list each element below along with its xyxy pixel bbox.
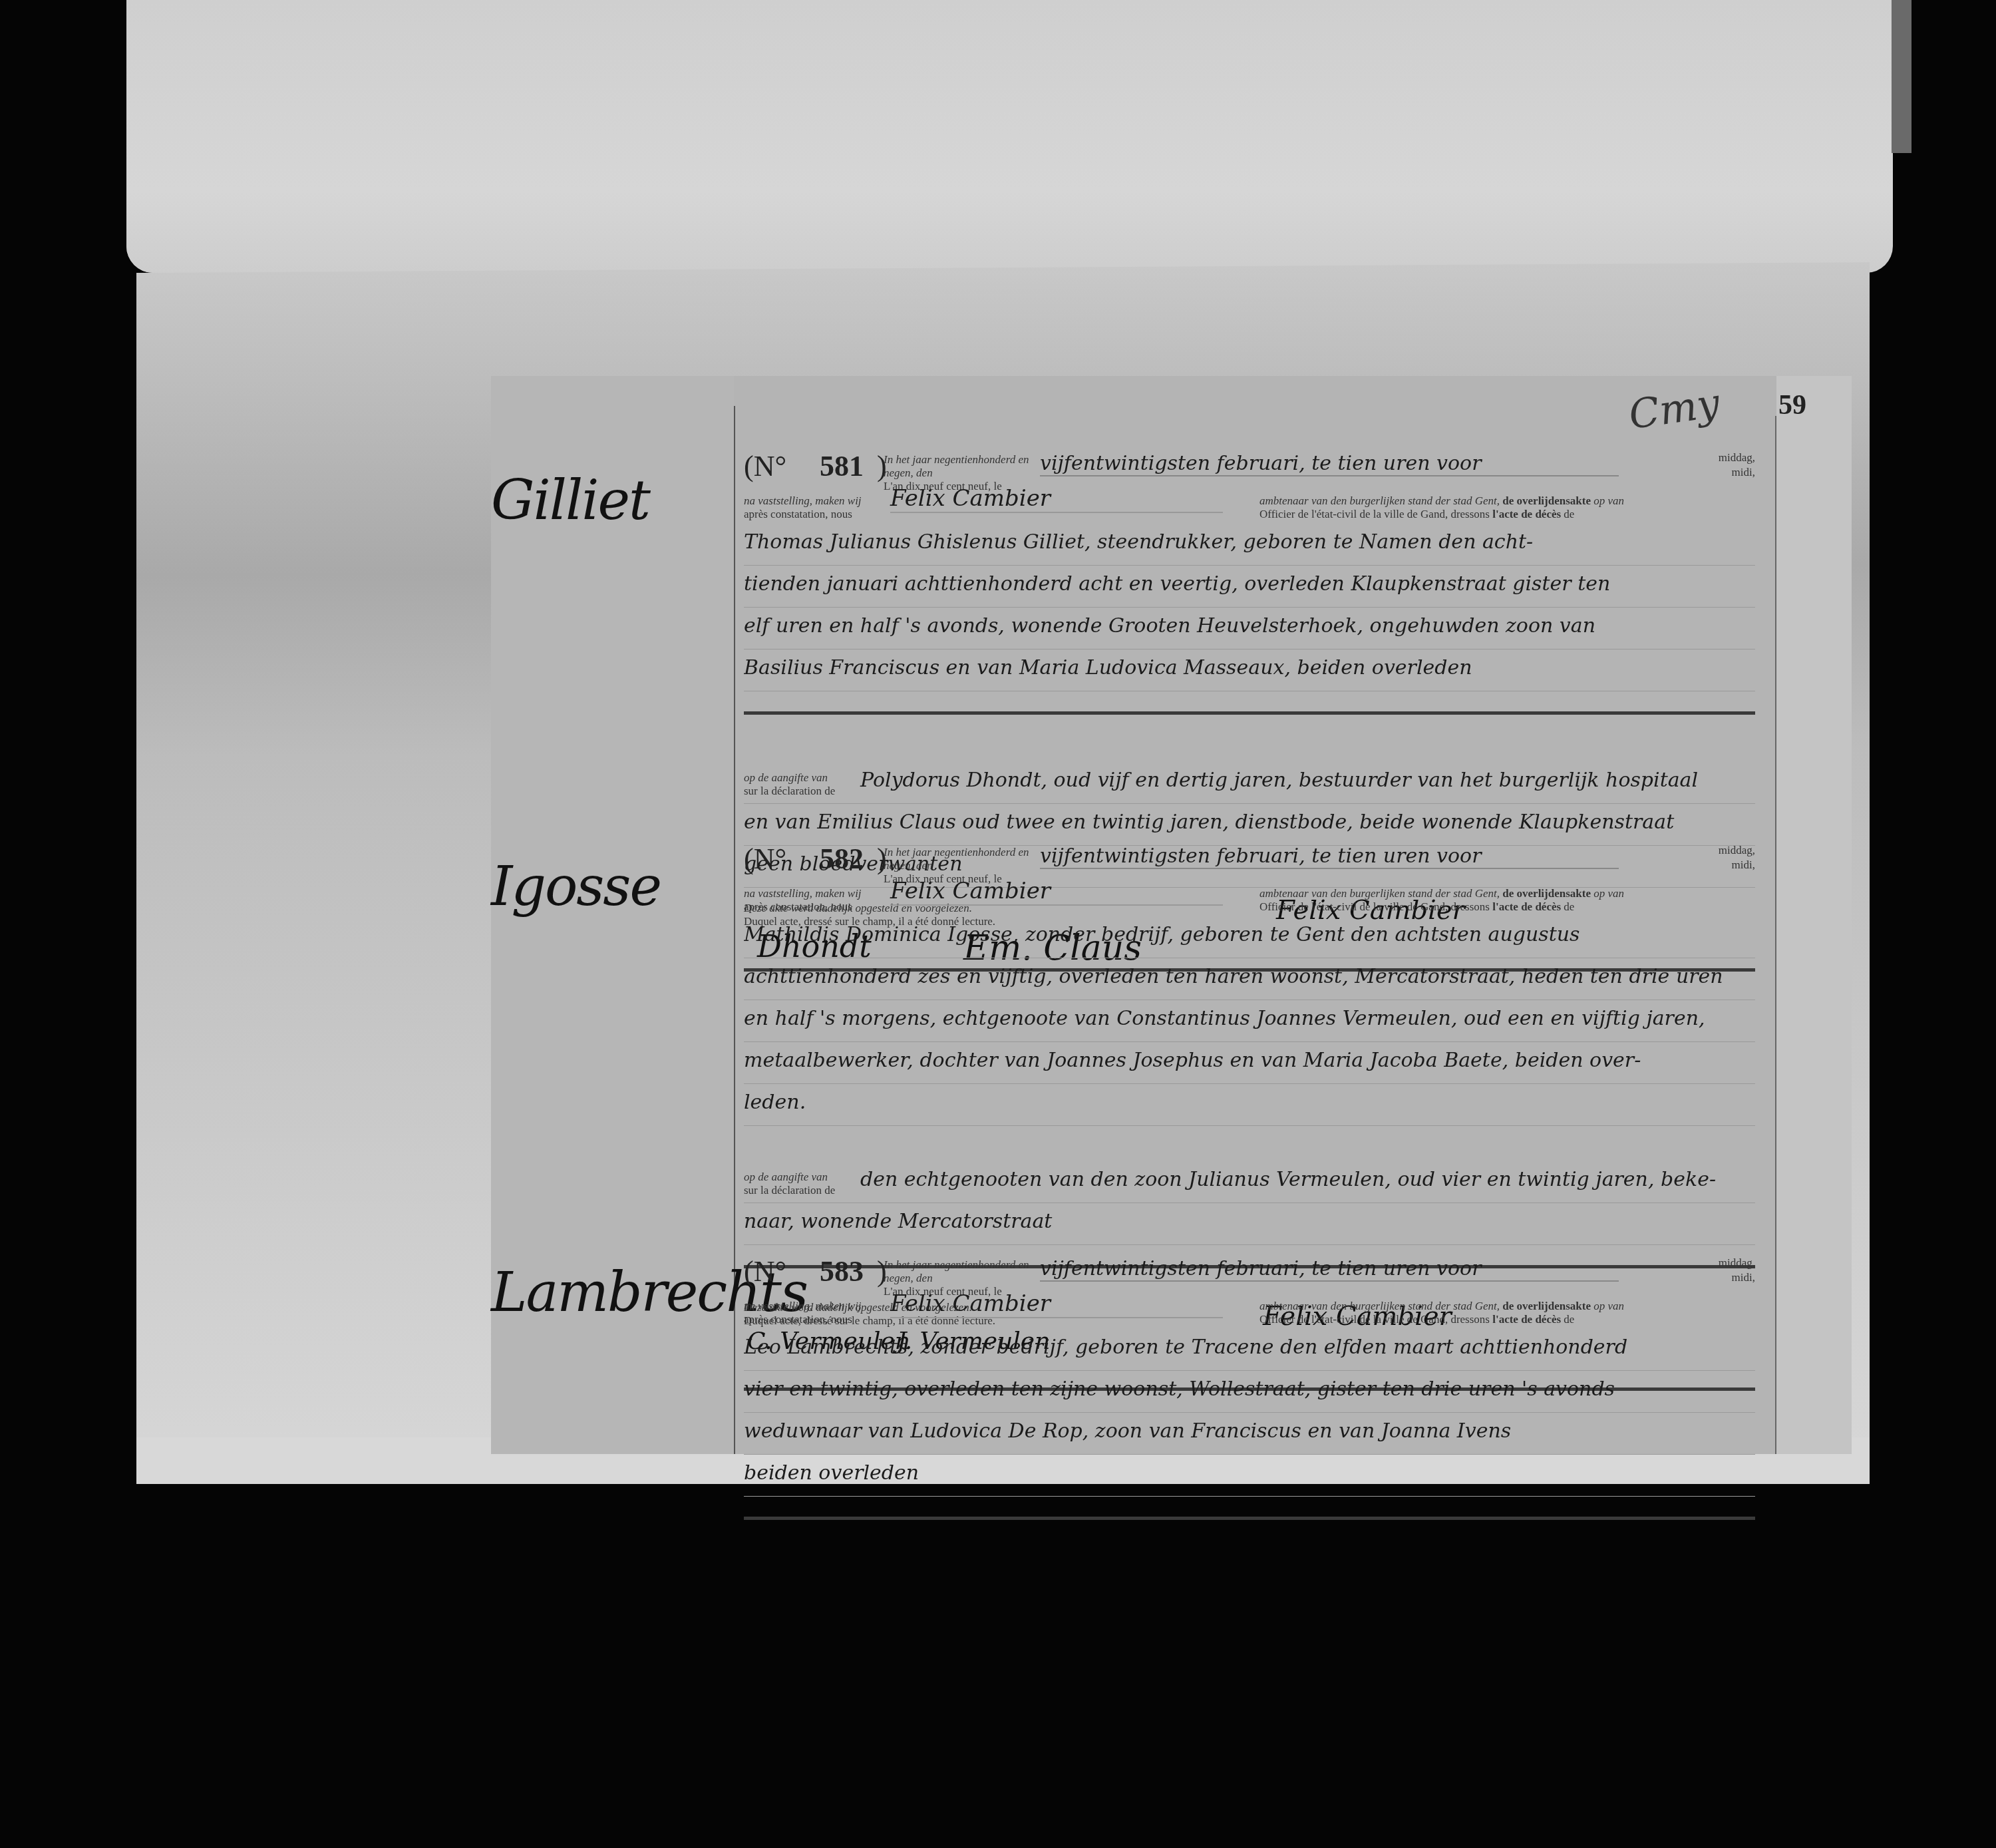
register-photograph: Cmy 59 Gilliet Igosse Lambrechts (N°581)… (491, 376, 1852, 1454)
declaration-line: Polydorus Dhondt, oud vijf en dertig jar… (744, 762, 1755, 804)
officer-fr: Officier de l'état-civil de la ville de … (1259, 1313, 1490, 1326)
midday-fr: midi, (1689, 858, 1755, 872)
margin-name-gilliet: Gilliet (491, 469, 649, 532)
date-handwritten: vijfentwintigsten februari, te tien uren… (1040, 844, 1619, 869)
midday-fr: midi, (1689, 465, 1755, 480)
record-number: (N°582) (744, 842, 887, 876)
officer-printed: ambtenaar van den burgerlijken stand der… (1259, 887, 1765, 914)
officer-nl: ambtenaar van den burgerlijken stand der… (1259, 887, 1500, 900)
date-handwritten: vijfentwintigsten februari, te tien uren… (1040, 452, 1619, 476)
year-nl: In het jaar negentienhonderd en negen, d… (884, 1258, 1030, 1285)
no-prefix: (N° (744, 842, 786, 875)
page-number: 59 (1778, 389, 1806, 421)
body-line: weduwnaar van Ludovica De Rop, zoon van … (744, 1413, 1755, 1455)
right-page-edge (1776, 376, 1852, 1454)
declaration-line: naar, wonende Mercatorstraat (744, 1203, 1755, 1245)
section-rule (744, 1517, 1755, 1520)
body-line: en half 's morgens, echtgenoote van Cons… (744, 1000, 1755, 1042)
officer-nl: ambtenaar van den burgerlijken stand der… (1259, 494, 1500, 507)
body-line: vier en twintig, overleden ten zijne woo… (744, 1371, 1755, 1413)
upper-page (126, 0, 1893, 273)
body-line: beiden overleden (744, 1455, 1755, 1497)
no-prefix: (N° (744, 1255, 786, 1288)
record-number-value: 581 (820, 450, 864, 482)
officer-nl-end: op van (1593, 494, 1624, 507)
declaration-printed: op de aangifte van sur la déclaration de (744, 1171, 857, 1197)
midday-printed: middag, midi, (1689, 451, 1755, 480)
record-number-value: 583 (820, 1255, 864, 1288)
binding-cloth (1892, 0, 1912, 153)
record-body: Mathildis Dominica Igosse, zonder bedrij… (744, 916, 1755, 1126)
decl-nl: op de aangifte van (744, 771, 857, 785)
midday-fr: midi, (1689, 1270, 1755, 1285)
body-line: Mathildis Dominica Igosse, zonder bedrij… (744, 916, 1755, 958)
constat-fr: après constatation, nous (744, 900, 890, 914)
body-line: elf uren en half 's avonds, wonende Groo… (744, 608, 1755, 649)
midday-printed: middag, midi, (1689, 1256, 1755, 1285)
officer-name: Felix Cambier (890, 1290, 1223, 1318)
decl-nl: op de aangifte van (744, 1171, 857, 1184)
officer-nl-bold: de overlijdensakte (1502, 887, 1591, 900)
officer-fr-bold: l'acte de décès (1492, 1313, 1561, 1326)
officer-printed: ambtenaar van den burgerlijken stand der… (1259, 1300, 1765, 1326)
midday-nl: middag, (1689, 451, 1755, 465)
midday-printed: middag, midi, (1689, 843, 1755, 872)
body-line: metaalbewerker, dochter van Joannes Jose… (744, 1042, 1755, 1084)
officer-nl-end: op van (1593, 887, 1624, 900)
year-nl: In het jaar negentienhonderd en negen, d… (884, 453, 1030, 480)
record-number: (N°581) (744, 449, 887, 483)
corner-initials: Cmy (1626, 380, 1723, 439)
officer-nl-end: op van (1593, 1300, 1624, 1312)
constat-fr: après constatation, nous (744, 508, 890, 521)
officer-printed: ambtenaar van den burgerlijken stand der… (1259, 494, 1765, 521)
officer-nl: ambtenaar van den burgerlijken stand der… (1259, 1300, 1500, 1312)
constat-printed: na vaststelling, maken wij après constat… (744, 494, 890, 521)
body-line: Basilius Franciscus en van Maria Ludovic… (744, 649, 1755, 691)
section-rule (744, 711, 1755, 715)
midday-nl: middag, (1689, 1256, 1755, 1270)
declaration-line: den echtgenooten van den zoon Julianus V… (744, 1161, 1755, 1203)
decl-fr: sur la déclaration de (744, 1184, 857, 1197)
record-number: (N°583) (744, 1254, 887, 1288)
officer-fr-bold: l'acte de décès (1492, 508, 1561, 520)
constat-fr: après constatation, nous (744, 1313, 890, 1326)
constat-printed: na vaststelling, maken wij après constat… (744, 1300, 890, 1326)
officer-fr-end: de (1564, 900, 1574, 913)
date-handwritten: vijfentwintigsten februari, te tien uren… (1040, 1257, 1619, 1282)
body-line: leden. (744, 1084, 1755, 1126)
officer-name: Felix Cambier (890, 878, 1223, 906)
officer-fr-end: de (1564, 508, 1574, 520)
body-line: Leo Lambrechts, zonder bedrijf, geboren … (744, 1329, 1755, 1371)
body-line: tienden januari achttienhonderd acht en … (744, 566, 1755, 608)
declaration-section: op de aangifte van sur la déclaration de… (744, 1161, 1755, 1268)
constat-nl: na vaststelling, maken wij (744, 1300, 890, 1313)
officer-fr-end: de (1564, 1313, 1574, 1326)
officer-nl-bold: de overlijdensakte (1502, 494, 1591, 507)
margin-name-igosse: Igosse (491, 855, 661, 918)
constat-nl: na vaststelling, maken wij (744, 887, 890, 900)
body-line: Thomas Julianus Ghislenus Gilliet, steen… (744, 524, 1755, 566)
officer-fr: Officier de l'état-civil de la ville de … (1259, 900, 1490, 913)
declaration-line: en van Emilius Claus oud twee en twintig… (744, 804, 1755, 846)
officer-nl-bold: de overlijdensakte (1502, 1300, 1591, 1312)
record-body: Leo Lambrechts, zonder bedrijf, geboren … (744, 1329, 1755, 1520)
no-prefix: (N° (744, 450, 786, 482)
right-rule (1775, 416, 1776, 1454)
decl-fr: sur la déclaration de (744, 785, 857, 798)
constat-nl: na vaststelling, maken wij (744, 494, 890, 508)
declaration-printed: op de aangifte van sur la déclaration de (744, 771, 857, 798)
midday-nl: middag, (1689, 843, 1755, 858)
record-number-value: 582 (820, 842, 864, 875)
year-nl: In het jaar negentienhonderd en negen, d… (884, 846, 1030, 872)
officer-fr-bold: l'acte de décès (1492, 900, 1561, 913)
body-line: achttienhonderd zes en vijftig, overlede… (744, 958, 1755, 1000)
officer-name: Felix Cambier (890, 485, 1223, 513)
record-body: Thomas Julianus Ghislenus Gilliet, steen… (744, 524, 1755, 715)
officer-fr: Officier de l'état-civil de la ville de … (1259, 508, 1490, 520)
constat-printed: na vaststelling, maken wij après constat… (744, 887, 890, 914)
